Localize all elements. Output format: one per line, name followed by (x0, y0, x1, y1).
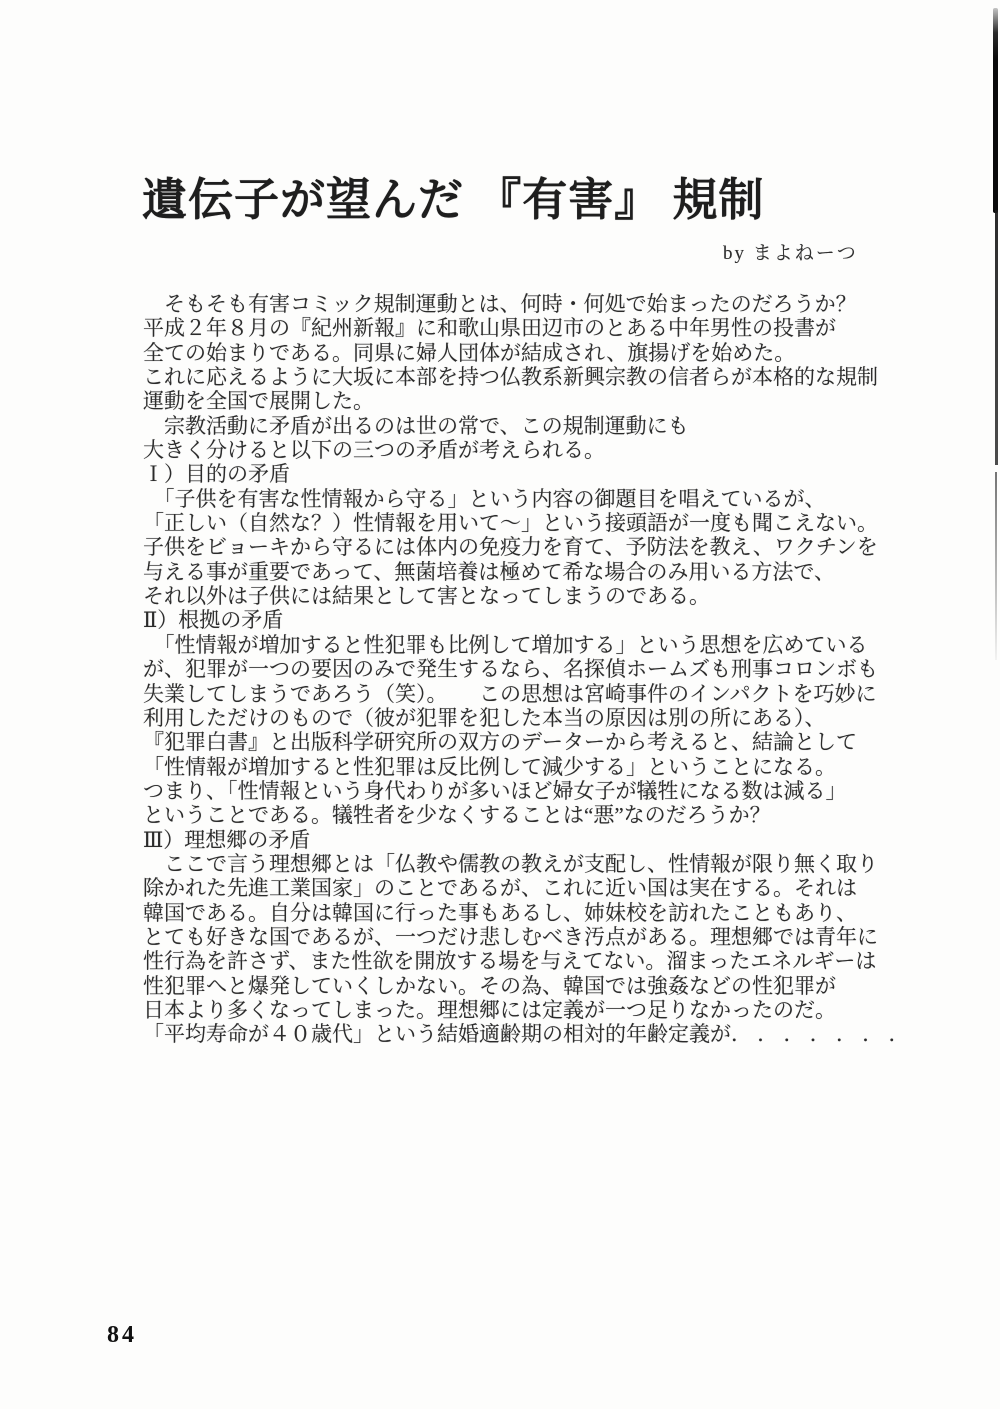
body-line: 大きく分けると以下の三つの矛盾が考えられる。 (143, 438, 923, 462)
body-line: 平成２年８月の『紀州新報』に和歌山県田辺市のとある中年男性の投書が (143, 316, 923, 340)
body-line: 全ての始まりである。同県に婦人団体が結成され、旗揚げを始めた。 (143, 341, 923, 365)
body-line: 「平均寿命が４０歳代」という結婚適齢期の相対的年齢定義が． ． ． ． ． ． … (143, 1022, 923, 1046)
body-line: 性行為を許さず、また性欲を開放する場を与えてない。溜まったエネルギーは (143, 949, 923, 973)
body-line: 韓国である。自分は韓国に行った事もあるし、姉妹校を訪れたこともあり、 (143, 901, 923, 925)
body-text: そもそも有害コミック規制運動とは、何時・何処で始まったのだろうか？平成２年８月の… (143, 292, 923, 1047)
body-line: が、犯罪が一つの要因のみで発生するなら、名探偵ホームズも刑事コロンボも (143, 657, 923, 681)
body-line: つまり、「性情報という身代わりが多いほど婦女子が犠牲になる数は減る」 (143, 779, 923, 803)
body-line: ここで言う理想郷とは「仏教や儒教の教えが支配し、性情報が限り無く取り (143, 852, 923, 876)
body-line: 子供をビョーキから守るには体内の免疫力を育て、予防法を教え、ワクチンを (143, 535, 923, 559)
body-line: Ⅲ）理想郷の矛盾 (143, 828, 923, 852)
body-line: 日本より多くなってしまった。理想郷には定義が一つ足りなかったのだ。 (143, 998, 923, 1022)
body-line: 「性情報が増加すると性犯罪も比例して増加する」という思想を広めている (143, 633, 923, 657)
body-line: 『犯罪白書』と出版科学研究所の双方のデーターから考えると、結論として (143, 730, 923, 754)
page-number: 84 (107, 1322, 137, 1349)
body-line: 与える事が重要であって、無菌培養は極めて希な場合のみ用いる方法で、 (143, 560, 923, 584)
scan-edge-artifact-mid (995, 210, 998, 465)
body-line: とても好きな国であるが、一つだけ悲しむべき汚点がある。理想郷では青年に (143, 925, 923, 949)
body-line: 「子供を有害な性情報から守る」という内容の御題目を唱えているが、 (143, 487, 923, 511)
body-line: そもそも有害コミック規制運動とは、何時・何処で始まったのだろうか？ (143, 292, 923, 316)
body-line: これに応えるように大坂に本部を持つ仏教系新興宗教の信者らが本格的な規制 (143, 365, 923, 389)
body-line: 性犯罪へと爆発していくしかない。その為、韓国では強姦などの性犯罪が (143, 974, 923, 998)
body-line: 除かれた先進工業国家」のことであるが、これに近い国は実在する。それは (143, 876, 923, 900)
body-line: Ｉ）目的の矛盾 (143, 462, 923, 486)
body-line: 失業してしまうであろう（笑）。 この思想は宮崎事件のインパクトを巧妙に (143, 682, 923, 706)
body-line: 利用しただけのもので（彼が犯罪を犯した本当の原因は別の所にある）、 (143, 706, 923, 730)
byline: by まよねーつ (723, 238, 858, 265)
body-line: Ⅱ）根拠の矛盾 (143, 608, 923, 632)
scan-edge-artifact-light (995, 472, 997, 660)
page-title: 遺伝子が望んだ 『有害』 規制 (142, 163, 765, 228)
body-line: 「正しい（自然な？）性情報を用いて～」という接頭語が一度も聞こえない。 (143, 511, 923, 535)
body-line: ということである。犠牲者を少なくすることは“悪”なのだろうか？ (143, 803, 923, 827)
body-line: それ以外は子供には結果として害となってしまうのである。 (143, 584, 923, 608)
scanned-page: 遺伝子が望んだ 『有害』 規制 by まよねーつ そもそも有害コミック規制運動と… (0, 0, 1000, 1409)
body-line: 「性情報が増加すると性犯罪は反比例して減少する」ということになる。 (143, 755, 923, 779)
body-line: 運動を全国で展開した。 (143, 389, 923, 413)
body-line: 宗教活動に矛盾が出るのは世の常で、この規制運動にも (143, 414, 923, 438)
scan-edge-artifact-dark (993, 8, 998, 213)
